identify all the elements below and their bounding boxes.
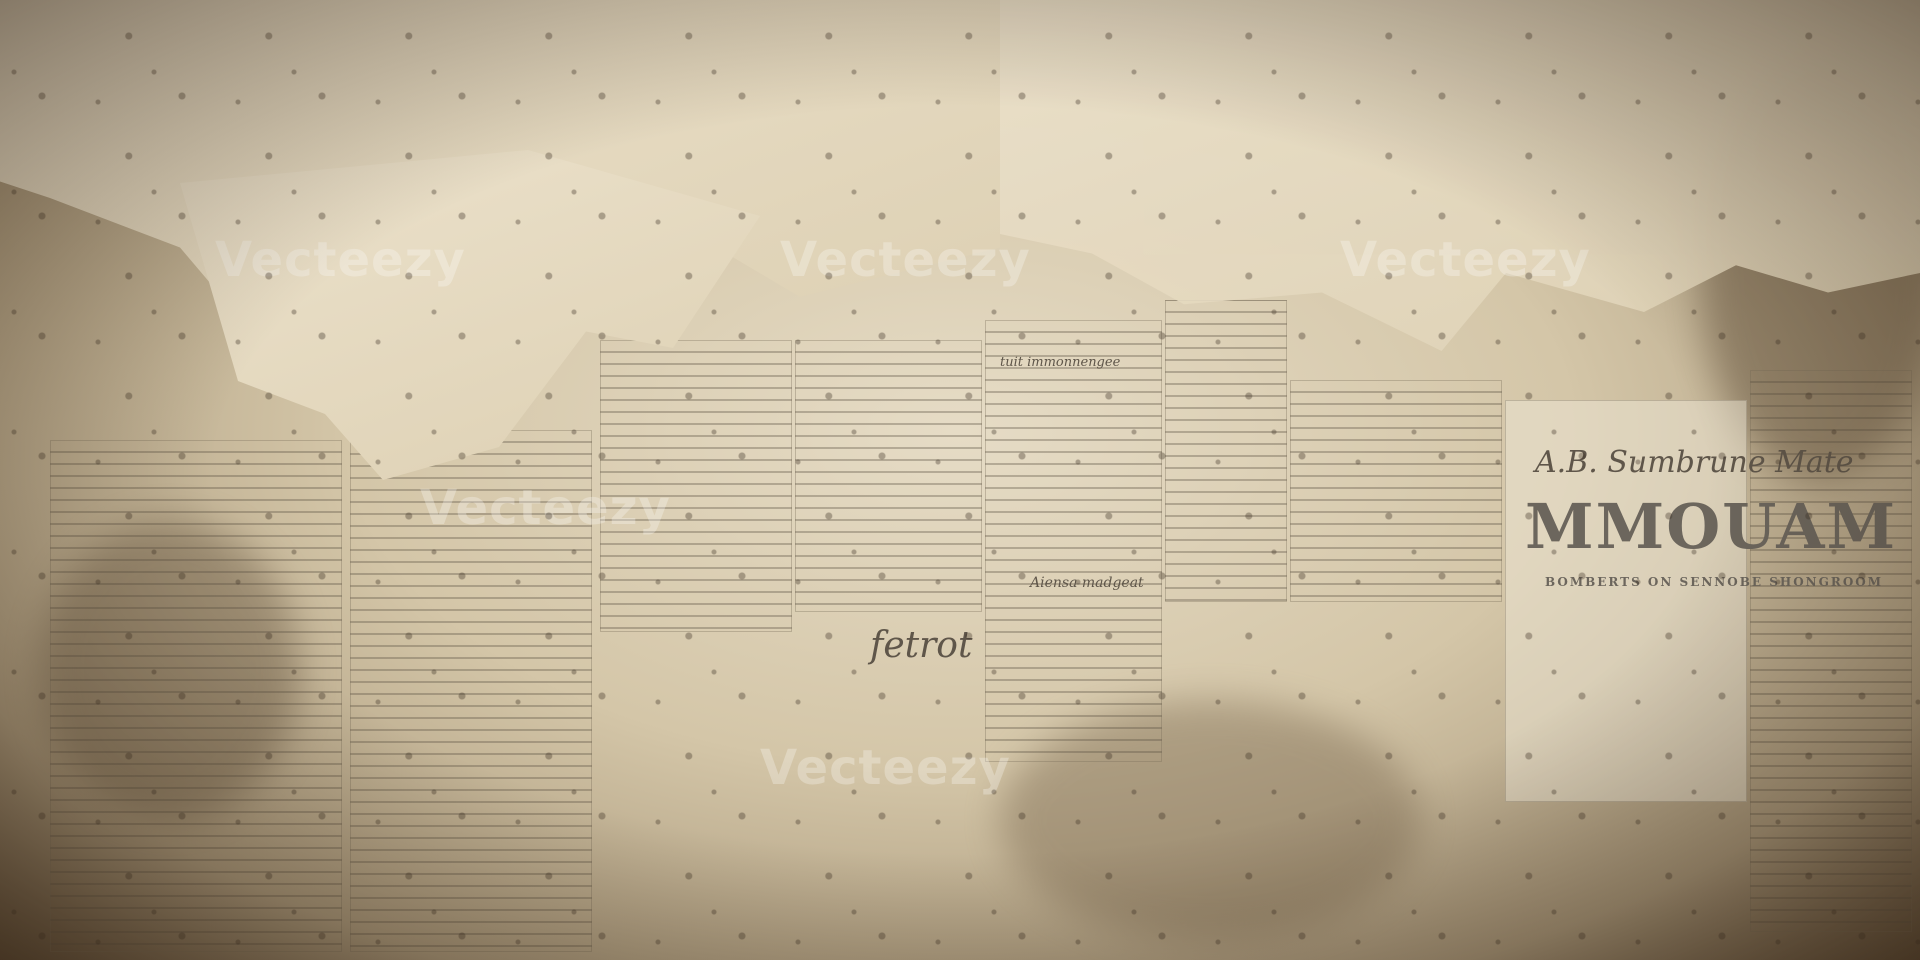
grime-specks <box>0 0 1920 960</box>
